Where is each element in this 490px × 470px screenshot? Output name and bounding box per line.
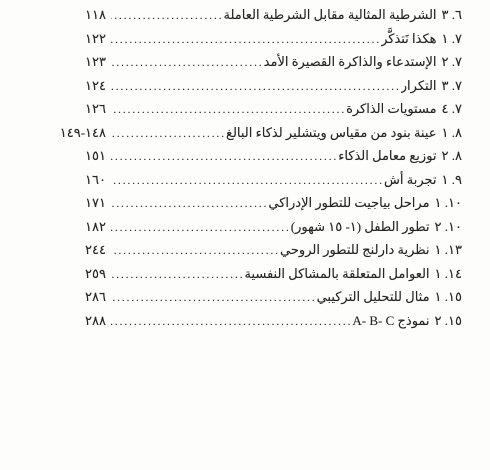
toc-entry-page: ٢٨٦: [58, 285, 106, 309]
toc-entry-page: ١٦٠: [58, 168, 106, 192]
dot-leader-icon: ........................................…: [111, 5, 224, 29]
toc-entry-title: تطور الطفل (١- ١٥ شهور): [291, 215, 430, 239]
toc-entry: ٨. ٢ توزيع معامل الذكاء ................…: [58, 144, 462, 168]
toc-entry-number: ١٠. ١: [435, 191, 462, 215]
toc-entry: ٨. ١ عينة بنود من مقياس ويتشلير لذكاء ال…: [58, 121, 462, 145]
toc-entry-number: ١٤. ١: [435, 262, 462, 286]
dot-leader-icon: ........................................…: [111, 76, 401, 100]
toc-entry-page: ٢٥٩: [58, 262, 106, 286]
toc-entry-title: توزيع معامل الذكاء: [338, 144, 436, 168]
dot-leader-icon: ........................................…: [111, 52, 264, 76]
toc-entry-title: مستويات الذاكرة: [346, 97, 436, 121]
toc-entry-number: ١٥. ١: [435, 285, 462, 309]
toc-entry-title: مراحل بياجيت للتطور الإدراكي: [268, 191, 429, 215]
toc-entry-page: ١٢٤: [58, 74, 106, 98]
toc-entry: ٩. ١ تجربة أش ..........................…: [58, 168, 462, 192]
dot-leader-icon: ........................................…: [111, 29, 381, 53]
toc-entry-page: ١٨٢: [58, 215, 106, 239]
toc-entry-page: ٢٤٤: [58, 238, 106, 262]
toc-entry: ١٠. ١ مراحل بياجيت للتطور الإدراكي .....…: [58, 191, 462, 215]
toc-entry-title: الشرطية المثالية مقابل الشرطية العاملة: [224, 3, 437, 27]
toc-entry-title: التكرار: [401, 74, 437, 98]
toc-entry-page: ١٢٦: [58, 97, 106, 121]
toc-entry-number: ٧. ١: [442, 27, 462, 51]
dot-leader-icon: ........................................…: [111, 193, 268, 217]
dot-leader-icon: ........................................…: [111, 123, 226, 147]
toc-entry: ١٠. ٢ تطور الطفل (١- ١٥ شهور) ..........…: [58, 215, 462, 239]
toc-entry-number: ٦. ٣: [442, 3, 462, 27]
toc-entry-title: الإستدعاء والذاكرة القصيرة الأمد: [264, 50, 437, 74]
dot-leader-icon: ........................................…: [111, 146, 338, 170]
toc-entry-number: ٨. ٢: [442, 144, 462, 168]
toc-entry: ٧. ٤ مستويات الذاكرة ...................…: [58, 97, 462, 121]
toc-entry-number: ١٣. ١: [435, 238, 462, 262]
document-page: ٦. ٣ الشرطية المثالية مقابل الشرطية العا…: [0, 0, 490, 470]
toc-entry-title: العوامل المتعلقة بالمشاكل النفسية: [244, 262, 429, 286]
toc-entry-number: ٨. ١: [442, 121, 462, 145]
toc-entry-title: تجربة أش: [384, 168, 437, 192]
toc-entry: ١٣. ١ نظرية دارلنج للتطور الروحي .......…: [58, 238, 462, 262]
toc-entry-page: ١٥١: [58, 144, 106, 168]
toc-entry: ٦. ٣ الشرطية المثالية مقابل الشرطية العا…: [58, 3, 462, 27]
dot-leader-icon: ........................................…: [111, 311, 352, 335]
toc-entry-page: ٢٨٨: [58, 309, 106, 333]
toc-entry-page: ١٢٣: [58, 50, 106, 74]
dot-leader-icon: ........................................…: [111, 240, 280, 264]
toc-entry-page: ١٧١: [58, 191, 106, 215]
toc-entry: ١٤. ١ العوامل المتعلقة بالمشاكل النفسية …: [58, 262, 462, 286]
dot-leader-icon: ........................................…: [111, 99, 346, 123]
dot-leader-icon: ........................................…: [111, 170, 384, 194]
toc-entry-number: ١٠. ٢: [435, 215, 462, 239]
toc-entry-page: ١٢٢: [58, 27, 106, 51]
toc-entry-title: مثال للتحليل التركيبي: [317, 285, 430, 309]
toc-entry-page: ١١٨: [58, 3, 106, 27]
toc-list: ٦. ٣ الشرطية المثالية مقابل الشرطية العا…: [58, 3, 462, 332]
toc-entry-title: هكذا نَتذكَّر: [381, 27, 436, 51]
toc-entry: ٧. ٣ التكرار ...........................…: [58, 74, 462, 98]
toc-entry-title: نظرية دارلنج للتطور الروحي: [280, 238, 430, 262]
toc-entry: ٧. ١ هكذا نَتذكَّر .....................…: [58, 27, 462, 51]
toc-entry-page: ١٤٨-١٤٩: [58, 121, 106, 145]
toc-entry-number: ٩. ١: [442, 168, 462, 192]
toc-entry-title: عينة بنود من مقياس ويتشلير لذكاء البالغ: [226, 121, 436, 145]
toc-entry: ٧. ٢ الإستدعاء والذاكرة القصيرة الأمد ..…: [58, 50, 462, 74]
toc-entry-title: نموذج A- B- C: [352, 309, 429, 333]
toc-entry: ١٥. ١ مثال للتحليل التركيبي ............…: [58, 285, 462, 309]
toc-entry-number: ٧. ٣: [442, 74, 462, 98]
dot-leader-icon: ........................................…: [111, 217, 291, 241]
toc-entry-number: ١٥. ٢: [435, 309, 462, 333]
toc-entry: ١٥. ٢ نموذج A- B- C ....................…: [58, 309, 462, 333]
toc-entry-number: ٧. ٢: [442, 50, 462, 74]
dot-leader-icon: ........................................…: [111, 264, 244, 288]
dot-leader-icon: ........................................…: [111, 287, 317, 311]
toc-entry-number: ٧. ٤: [442, 97, 462, 121]
